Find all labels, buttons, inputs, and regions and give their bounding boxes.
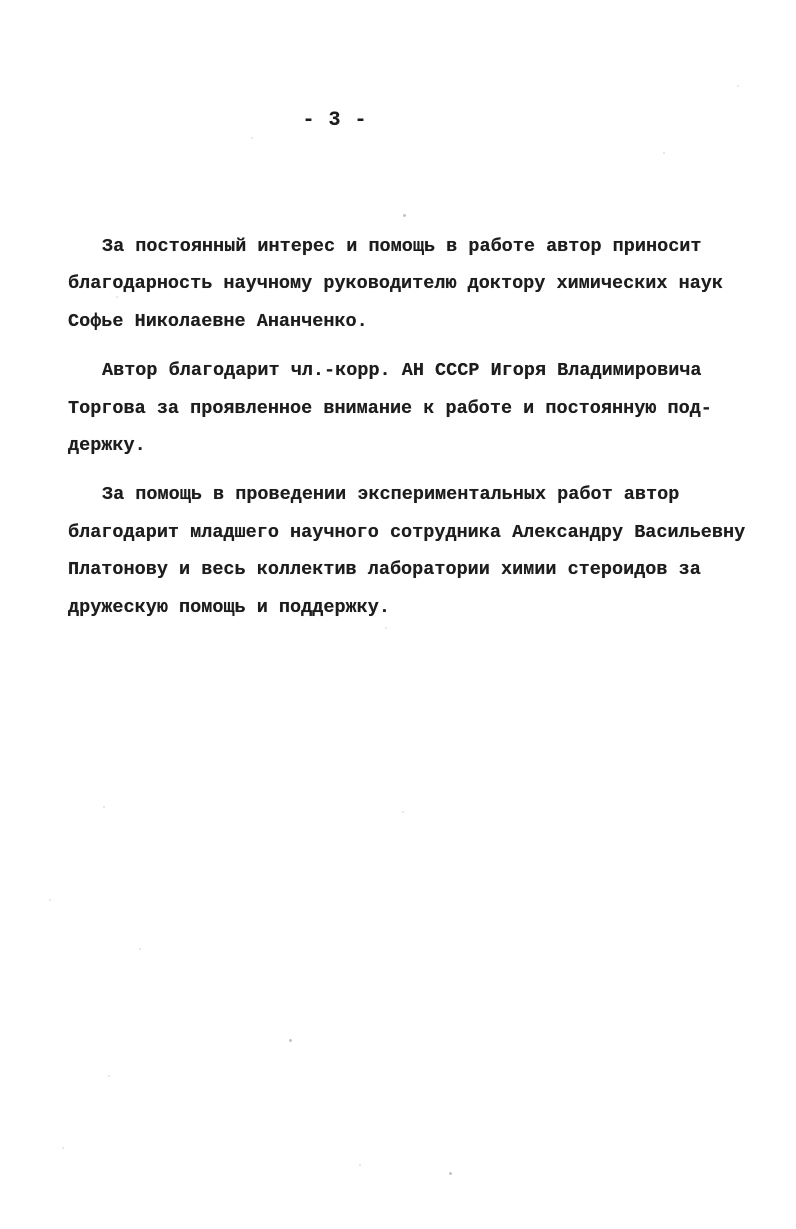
text-line: Автор благодарит чл.-корр. АН СССР Игоря… (68, 352, 758, 389)
scan-speckle (402, 811, 404, 813)
scan-speckle (251, 137, 253, 139)
text-line: благодарит младшего научного сотрудника … (68, 514, 758, 551)
scan-speckle (449, 1172, 452, 1175)
scan-speckle (289, 1039, 292, 1042)
scanned-document-page: - 3 - За постоянный интерес и помощь в р… (0, 0, 796, 1229)
text-line: Софье Николаевне Ананченко. (68, 303, 758, 340)
text-line: За постоянный интерес и помощь в работе … (68, 228, 758, 265)
scan-speckle (737, 85, 739, 87)
text-line: дружескую помощь и поддержку. (68, 589, 758, 626)
page-number: - 3 - (295, 109, 375, 132)
scan-speckle (139, 948, 141, 950)
text-line: Торгова за проявленное внимание к работе… (68, 390, 758, 427)
text-line: благодарность научному руководителю докт… (68, 265, 758, 302)
scan-speckle (62, 1147, 64, 1149)
scan-speckle (49, 899, 51, 901)
acknowledgements-text: За постоянный интерес и помощь в работе … (68, 228, 758, 626)
scan-speckle (108, 1075, 110, 1077)
scan-speckle (103, 806, 105, 808)
text-line: Платонову и весь коллектив лаборатории х… (68, 551, 758, 588)
text-line: держку. (68, 427, 758, 464)
scan-speckle (663, 152, 665, 154)
paragraph-3: За помощь в проведении экспериментальных… (68, 476, 758, 626)
paragraph-1: За постоянный интерес и помощь в работе … (68, 228, 758, 340)
paragraph-2: Автор благодарит чл.-корр. АН СССР Игоря… (68, 352, 758, 464)
scan-speckle (385, 627, 387, 629)
text-line: За помощь в проведении экспериментальных… (68, 476, 758, 513)
scan-speckle (359, 1164, 361, 1166)
scan-speckle (403, 214, 406, 217)
scan-speckle (116, 296, 118, 298)
